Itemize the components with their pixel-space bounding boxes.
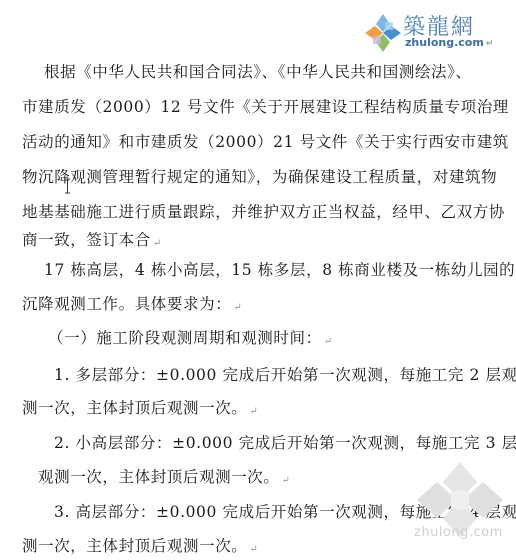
watermark-text: zhulong.com [414,525,503,540]
list-item-2: 2. 小高层部分：±0.000 完成后开始第一次观测，每施工完 3 层 [54,433,516,453]
line-text: 活动的通知》和市建质发（2000）21 号文件《关于实行西安市建筑 [22,133,509,151]
line-text: 测一次，主体封顶后观测一次。 [22,399,247,417]
doc-line: 观测一次，主体封顶后观测一次。↵ [38,467,291,491]
line-text: 商一致，签订本合 [22,231,151,249]
line-text: 根据《中华人民共和国合同法》、《中华人民共和国测绘法》、 [44,63,472,81]
line-text: 沉降观测工作。具体要求为： [22,295,231,313]
doc-line: 地基基础施工进行质量跟踪，并维护双方正当权益，经甲、乙双方协 [22,202,505,222]
list-item-1: 1. 多层部分：±0.000 完成后开始第一次观测，每施工完 2 层观 [54,365,516,385]
doc-line: 市建质发（2000）12 号文件《关于开展建设工程结构质量专项治理 [22,97,509,117]
doc-line: 活动的通知》和市建质发（2000）21 号文件《关于实行西安市建筑 [22,132,509,152]
logo-english-name: zhulong.com↵ [405,36,493,49]
paragraph-mark: ↵ [249,406,258,417]
line-text: 1. 多层部分：±0.000 完成后开始第一次观测，每施工完 2 层观 [54,366,516,384]
line-text: 测一次，主体封顶后观测一次。 [22,537,247,555]
line-text: 物沉降观测管理暂行规定的通知》，为确保建设工程质量，对建筑物 [22,168,497,186]
doc-line: 测一次，主体封顶后观测一次。↵ [22,536,258,560]
doc-line: 物沉降观测管理暂行规定的通知》，为确保建设工程质量，对建筑物 [22,167,497,187]
section-heading: （一）施工阶段观测周期和观测时间：↵ [48,328,333,352]
line-text: 地基基础施工进行质量跟踪，并维护双方正当权益，经甲、乙双方协 [22,203,505,221]
paragraph-mark: ↵ [486,39,494,49]
doc-line: 商一致，签订本合↵ [22,230,162,254]
zhulong-logo: 築龍網 zhulong.com↵ [363,10,513,54]
line-text: 17 栋高层，4 栋小高层，15 栋多层，8 栋商业楼及一栋幼儿园的 [44,261,515,279]
doc-line: 17 栋高层，4 栋小高层，15 栋多层，8 栋商业楼及一栋幼儿园的 [44,260,515,280]
text-cursor-icon [64,178,71,194]
zhulong-flower-icon [363,12,403,54]
line-text: 观测一次，主体封顶后观测一次。 [38,468,280,486]
doc-line: 测一次，主体封顶后观测一次。↵ [22,398,258,422]
paragraph-mark: ↵ [282,475,291,486]
line-text: 2. 小高层部分：±0.000 完成后开始第一次观测，每施工完 3 层 [54,434,516,452]
doc-line: 根据《中华人民共和国合同法》、《中华人民共和国测绘法》、 [44,62,472,82]
doc-line: 沉降观测工作。具体要求为：↵ [22,294,242,318]
paragraph-mark: ↵ [324,336,333,347]
paragraph-mark: ↵ [233,302,242,313]
line-text: （一）施工阶段观测周期和观测时间： [48,329,322,347]
paragraph-mark: ↵ [249,544,258,555]
document-page: 築龍網 zhulong.com↵ 根据《中华人民共和国合同法》、《中华人民共和国… [0,0,516,560]
line-text: 市建质发（2000）12 号文件《关于开展建设工程结构质量专项治理 [22,98,509,116]
paragraph-mark: ↵ [153,238,162,249]
logo-domain: zhulong.com [405,36,484,49]
